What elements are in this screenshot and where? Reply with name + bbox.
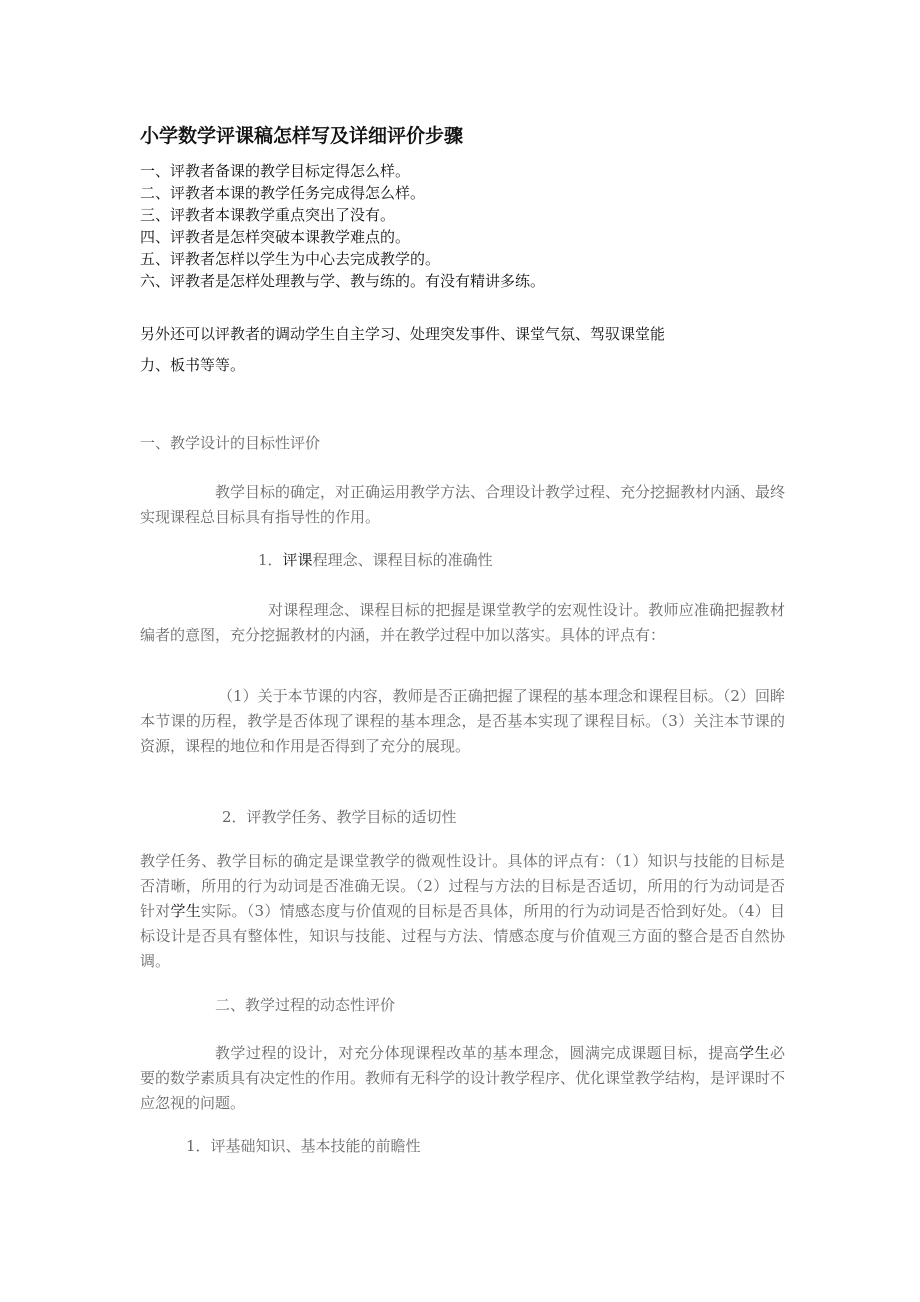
- step-item: 二、评教者本课的教学任务完成得怎么样。: [140, 182, 785, 204]
- extra-notes-line: 另外还可以评教者的调动学生自主学习、处理突发事件、课堂气氛、驾驭课堂能: [140, 319, 785, 350]
- section2-paragraph: 教学过程的设计，对充分体现课程改革的基本理念，圆满完成课题目标，提高学生必要的数…: [140, 1041, 785, 1116]
- para-text: 实际。（3）情感态度与价值观的目标是否具体，所用的行为动词是否恰到好处。（4）目…: [140, 902, 785, 970]
- section1-heading: 一、教学设计的目标性评价: [140, 432, 785, 454]
- heading-rest: 程理念、课程目标的准确性: [313, 551, 493, 569]
- para-text: 教学过程的设计，对充分体现课程改革的基本理念，圆满完成课题目标，提高: [215, 1044, 739, 1062]
- document-title: 小学数学评课稿怎样写及详细评价步骤: [140, 124, 785, 148]
- section2-heading: 二、教学过程的动态性评价: [215, 994, 775, 1016]
- extra-notes-line: 力、板书等等。: [140, 350, 785, 381]
- section2-sub1-heading: 1．评基础知识、基本技能的前瞻性: [186, 1134, 746, 1159]
- extra-notes: 另外还可以评教者的调动学生自主学习、处理突发事件、课堂气氛、驾驭课堂能 力、板书…: [140, 319, 785, 381]
- sub-number: 1．: [258, 551, 283, 569]
- section1-intro: 教学目标的确定，对正确运用教学方法、合理设计教学过程、充分挖掘教材内涵、最终实现…: [140, 480, 785, 530]
- document-page: 小学数学评课稿怎样写及详细评价步骤 一、评教者备课的教学目标定得怎么样。 二、评…: [0, 0, 920, 1302]
- para-emphasis: 学生: [171, 902, 202, 920]
- evaluation-steps-list: 一、评教者备课的教学目标定得怎么样。 二、评教者本课的教学任务完成得怎么样。 三…: [140, 160, 785, 292]
- step-item: 三、评教者本课教学重点突出了没有。: [140, 204, 785, 226]
- step-item: 四、评教者是怎样突破本课教学难点的。: [140, 226, 785, 248]
- section1-sub2-paragraph: 教学任务、教学目标的确定是课堂教学的微观性设计。具体的评点有：（1）知识与技能的…: [140, 849, 785, 974]
- step-item: 一、评教者备课的教学目标定得怎么样。: [140, 160, 785, 182]
- section1-sub1-paragraph: 对课程理念、课程目标的把握是课堂教学的宏观性设计。教师应准确把握教材编者的意图，…: [140, 598, 785, 648]
- section1-sub1-points: （1）关于本节课的内容，教师是否正确把握了课程的基本理念和课程目标。（2）回眸本…: [140, 684, 785, 759]
- step-item: 五、评教者怎样以学生为中心去完成教学的。: [140, 248, 785, 270]
- step-item: 六、评教者是怎样处理教与学、教与练的。有没有精讲多练。: [140, 270, 785, 292]
- section1-sub2-heading: 2．评教学任务、教学目标的适切性: [222, 805, 722, 830]
- heading-emphasis: 评课: [283, 551, 313, 569]
- section1-sub1-heading: 1．评课程理念、课程目标的准确性: [258, 548, 758, 573]
- para-emphasis: 学生: [739, 1044, 770, 1062]
